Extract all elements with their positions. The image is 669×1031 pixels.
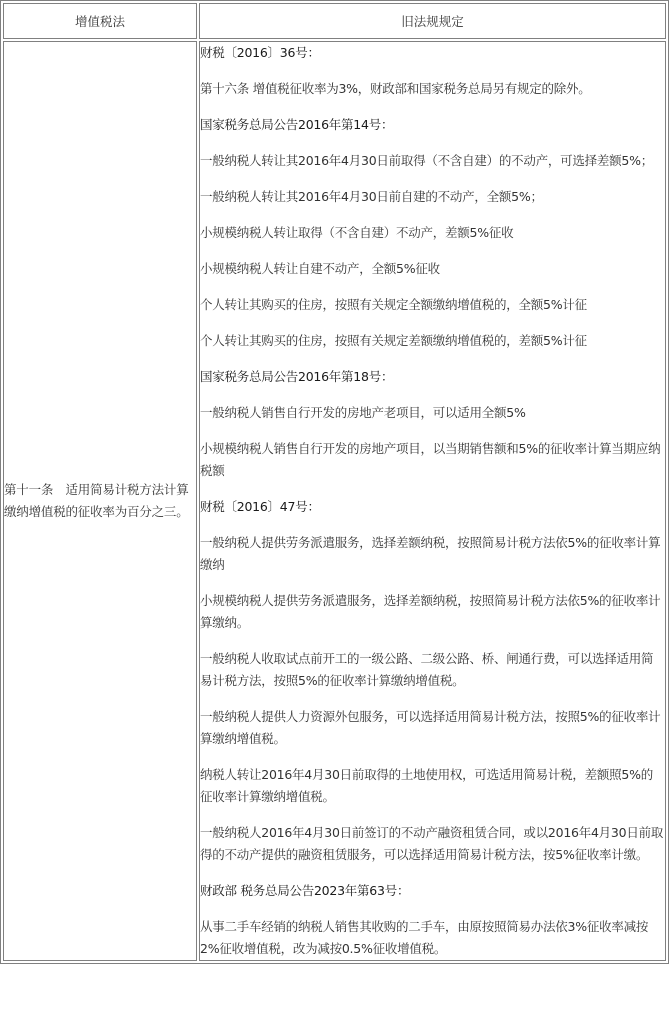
- regulation-item: 纳税人转让2016年4月30日前取得的土地使用权，可选适用简易计税，差额照5%的…: [200, 764, 665, 808]
- regulation-item: 一般纳税人收取试点前开工的一级公路、二级公路、桥、闸通行费，可以选择适用简易计税…: [200, 648, 665, 692]
- regulation-item: 一般纳税人销售自行开发的房地产老项目，可以适用全额5%: [200, 402, 665, 424]
- regulation-item: 一般纳税人转让其2016年4月30日前取得（不含自建）的不动产，可选择差额5%；: [200, 150, 665, 172]
- regulation-heading: 财税〔2016〕47号：: [200, 496, 665, 518]
- regulation-item: 一般纳税人提供劳务派遣服务，选择差额纳税，按照简易计税方法依5%的征收率计算缴纳: [200, 532, 665, 576]
- old-regulations-cell: 财税〔2016〕36号： 第十六条 增值税征收率为3%，财政部和国家税务总局另有…: [199, 41, 666, 961]
- regulation-item: 小规模纳税人提供劳务派遣服务，选择差额纳税，按照简易计税方法依5%的征收率计算缴…: [200, 590, 665, 634]
- vat-law-article-11: 第十一条 适用简易计税方法计算缴纳增值税的征收率为百分之三。: [3, 41, 197, 961]
- regulation-item: 小规模纳税人转让自建不动产，全额5%征收: [200, 258, 665, 280]
- regulation-heading: 财税〔2016〕36号：: [200, 42, 665, 64]
- regulation-item: 第十六条 增值税征收率为3%，财政部和国家税务总局另有规定的除外。: [200, 78, 665, 100]
- comparison-table: 增值税法 旧法规规定 第十一条 适用简易计税方法计算缴纳增值税的征收率为百分之三…: [0, 0, 669, 964]
- regulation-item: 一般纳税人转让其2016年4月30日前自建的不动产，全额5%；: [200, 186, 665, 208]
- regulation-heading: 国家税务总局公告2016年第14号：: [200, 114, 665, 136]
- regulation-heading: 财政部 税务总局公告2023年第63号：: [200, 880, 665, 902]
- regulation-item: 个人转让其购买的住房，按照有关规定差额缴纳增值税的，差额5%计征: [200, 330, 665, 352]
- regulation-item: 小规模纳税人销售自行开发的房地产项目，以当期销售额和5%的征收率计算当期应纳税额: [200, 438, 665, 482]
- regulation-item: 一般纳税人2016年4月30日前签订的不动产融资租赁合同，或以2016年4月30…: [200, 822, 665, 866]
- regulation-item: 从事二手车经销的纳税人销售其收购的二手车，由原按照简易办法依3%征收率减按2%征…: [200, 916, 665, 960]
- header-vat-law: 增值税法: [3, 3, 197, 39]
- body-row: 第十一条 适用简易计税方法计算缴纳增值税的征收率为百分之三。 财税〔2016〕3…: [3, 41, 666, 961]
- regulation-heading: 国家税务总局公告2016年第18号：: [200, 366, 665, 388]
- regulation-item: 小规模纳税人转让取得（不含自建）不动产，差额5%征收: [200, 222, 665, 244]
- header-old-regulations: 旧法规规定: [199, 3, 666, 39]
- regulation-item: 一般纳税人提供人力资源外包服务，可以选择适用简易计税方法，按照5%的征收率计算缴…: [200, 706, 665, 750]
- header-row: 增值税法 旧法规规定: [3, 3, 666, 39]
- regulation-item: 个人转让其购买的住房，按照有关规定全额缴纳增值税的，全额5%计征: [200, 294, 665, 316]
